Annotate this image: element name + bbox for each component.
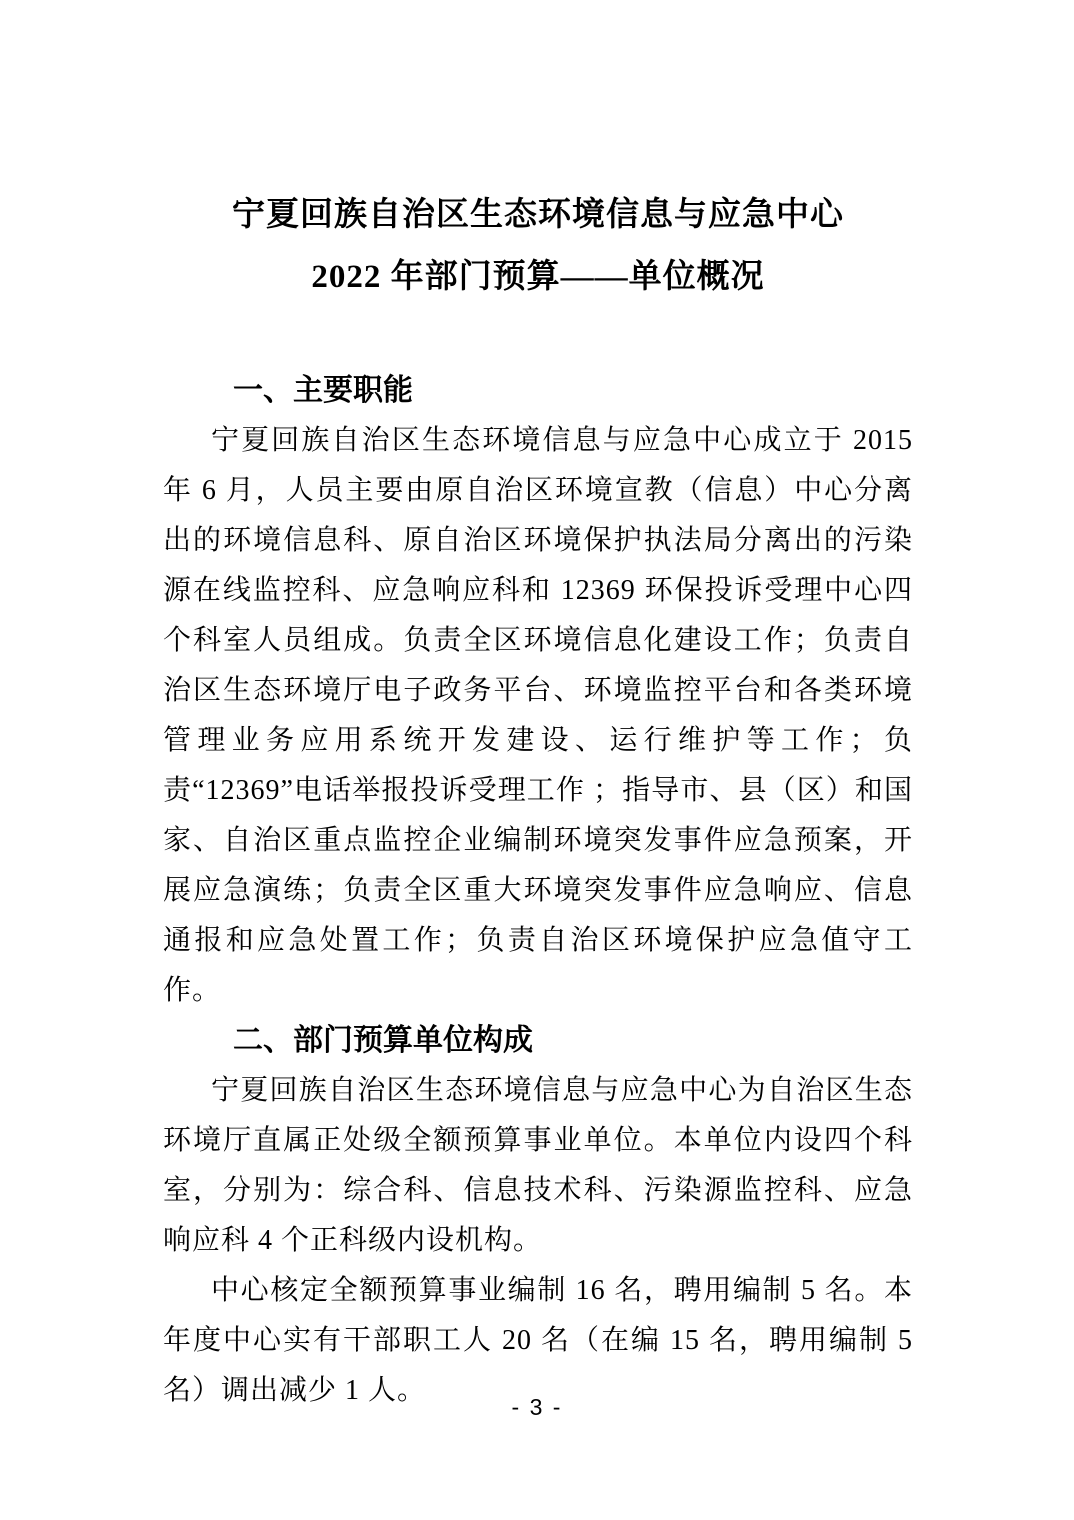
section-1-paragraph-1: 宁夏回族自治区生态环境信息与应急中心成立于 2015 年 6 月，人员主要由原自… (163, 416, 913, 1016)
section-heading-budget-unit-composition: 二、部门预算单位构成 (163, 1016, 913, 1066)
document-title-line1: 宁夏回族自治区生态环境信息与应急中心 (163, 192, 913, 238)
document-content: 宁夏回族自治区生态环境信息与应急中心 2022 年部门预算——单位概况 一、主要… (163, 192, 913, 1416)
document-page: 宁夏回族自治区生态环境信息与应急中心 2022 年部门预算——单位概况 一、主要… (0, 0, 1074, 1520)
section-heading-main-functions: 一、主要职能 (163, 366, 913, 416)
document-title-line2: 2022 年部门预算——单位概况 (163, 254, 913, 300)
page-number: - 3 - (0, 1392, 1074, 1422)
section-2-paragraph-1: 宁夏回族自治区生态环境信息与应急中心为自治区生态环境厅直属正处级全额预算事业单位… (163, 1066, 913, 1266)
